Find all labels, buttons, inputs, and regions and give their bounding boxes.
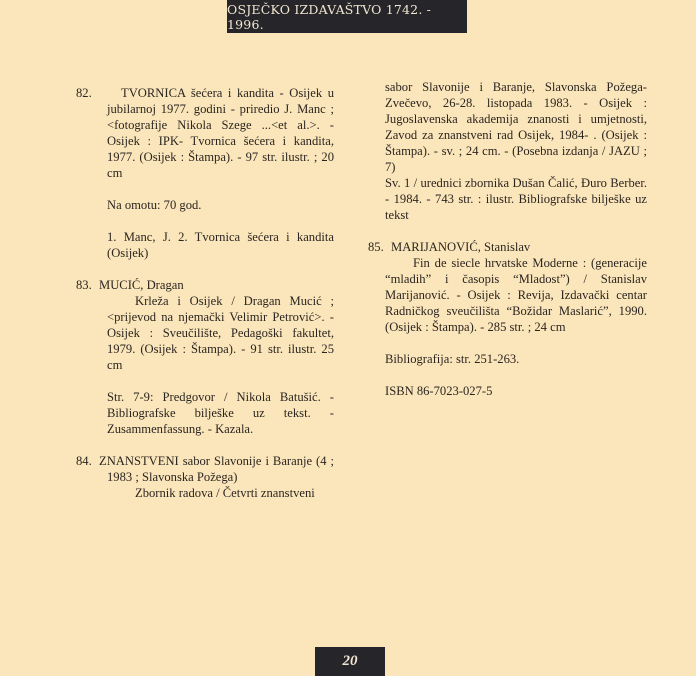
- right-column: sabor Slavonije i Baranje, Slavonska Pož…: [385, 79, 647, 399]
- page-number: 20: [343, 653, 358, 670]
- entry-main: Fin de siecle hrvatske Moderne : (genera…: [368, 255, 647, 335]
- left-column: 82. TVORNICA šećera i kandita - Osijek u…: [76, 85, 334, 501]
- entry-84-continued: sabor Slavonije i Baranje, Slavonska Pož…: [385, 79, 647, 223]
- entry-main: Krleža i Osijek / Dragan Mucić ; <prijev…: [76, 293, 334, 373]
- header-title: OSJEČKO IZDAVAŠTVO 1742. - 1996.: [227, 2, 467, 32]
- entry-85: 85. MARIJANOVIĆ, Stanislav Fin de siecle…: [368, 239, 647, 399]
- entry-82: 82. TVORNICA šećera i kandita - Osijek u…: [76, 85, 334, 261]
- entry-note: Sv. 1 / urednici zbornika Dušan Čalić, Đ…: [385, 175, 647, 223]
- entry-number: 84.: [76, 453, 92, 469]
- isbn: ISBN 86-7023-027-5: [368, 383, 647, 399]
- entry-note: Str. 7-9: Predgovor / Nikola Batušić. -B…: [76, 389, 334, 437]
- running-header: OSJEČKO IZDAVAŠTVO 1742. - 1996.: [227, 0, 467, 33]
- entry-number: 85.: [368, 239, 384, 255]
- entry-note: Bibliografija: str. 251-263.: [368, 351, 647, 367]
- entry-number: 83.: [76, 277, 92, 293]
- entry-note: Na omotu: 70 god.: [76, 197, 334, 213]
- entry-main: TVORNICA šećera i kandita - Osijek u jub…: [76, 85, 334, 181]
- entry-heading: ZNANSTVENI sabor Slavonije i Baranje (4 …: [76, 453, 334, 485]
- entry-number: 82.: [76, 85, 92, 101]
- entry-main-continued: sabor Slavonije i Baranje, Slavonska Pož…: [385, 79, 647, 175]
- entry-heading: MARIJANOVIĆ, Stanislav: [368, 239, 647, 255]
- entry-note: 1. Manc, J. 2. Tvornica šećera i kandita…: [76, 229, 334, 261]
- entry-83: 83. MUCIĆ, Dragan Krleža i Osijek / Drag…: [76, 277, 334, 437]
- page-number-box: 20: [315, 647, 385, 676]
- entry-heading: MUCIĆ, Dragan: [76, 277, 334, 293]
- entry-main: Zbornik radova / Četvrti znanstveni: [76, 485, 334, 501]
- entry-84: 84. ZNANSTVENI sabor Slavonije i Baranje…: [76, 453, 334, 501]
